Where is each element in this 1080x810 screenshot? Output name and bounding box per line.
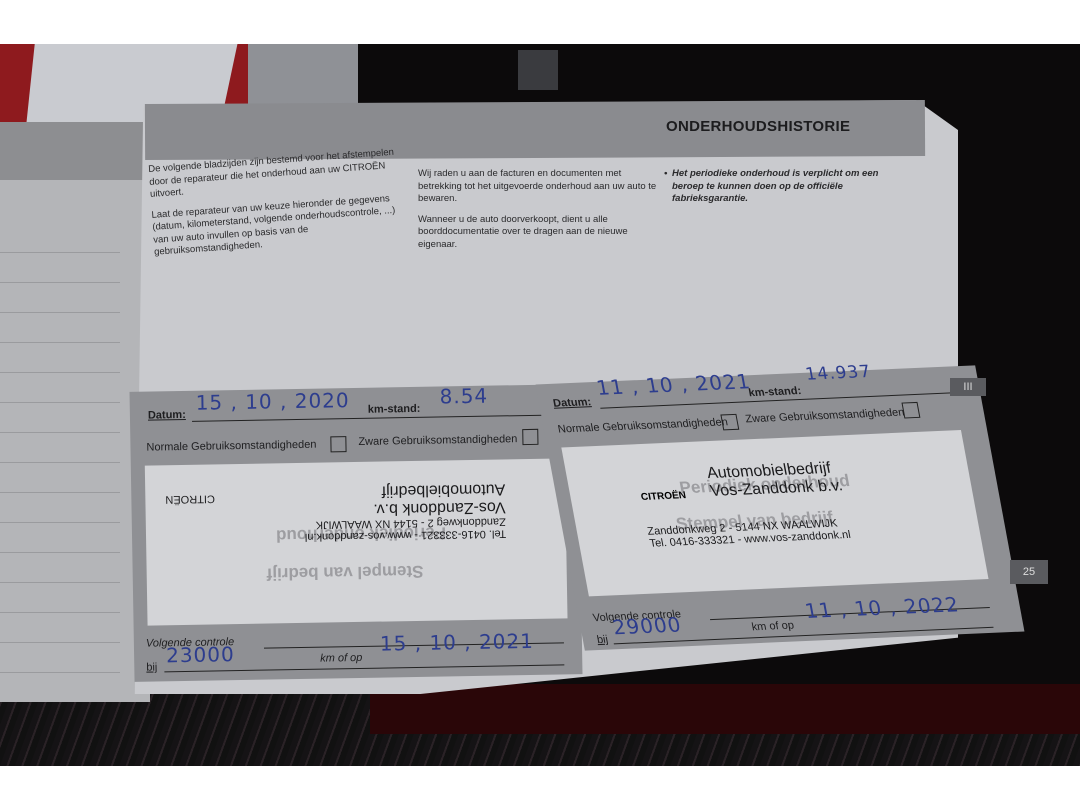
normal-conditions-label: Normale Gebruiksomstandigheden xyxy=(557,416,729,435)
normal-conditions-label: Normale Gebruiksomstandigheden xyxy=(146,439,316,454)
left-page xyxy=(0,122,150,702)
heavy-conditions-checkbox[interactable] xyxy=(522,429,538,445)
warranty-note: Het periodieke onderhoud is verplicht om… xyxy=(672,168,902,206)
next-km: 29000 xyxy=(611,612,684,639)
page-number: 25 xyxy=(1010,560,1048,584)
km-or-on-label: km of op xyxy=(751,620,795,634)
km-or-on-label: km of op xyxy=(320,652,362,665)
normal-conditions-checkbox[interactable] xyxy=(720,414,739,431)
background-cloth xyxy=(370,684,1080,734)
service-entry-2: Datum: 11 , 10 , 2021 km-stand: 14.937 N… xyxy=(536,365,1025,650)
date-label: Datum: xyxy=(148,409,186,422)
date-label: Datum: xyxy=(552,396,592,410)
dealer-stamp: Tel. 0416-333321 - www.vos-zanddonk.nl Z… xyxy=(205,479,506,544)
service-km: 14.937 xyxy=(804,362,873,385)
heavy-conditions-label: Zware Gebruiksomstandigheden xyxy=(744,407,905,426)
photo-scene: ONDERHOUDSHISTORIE De volgende bladzijde… xyxy=(0,44,1080,766)
intro-column-2: Wij raden u aan de facturen en documente… xyxy=(418,168,662,259)
service-km: 8.54 xyxy=(439,384,488,409)
next-date: 11 , 10 , 2022 xyxy=(803,592,961,623)
intro-paragraph: Wanneer u de auto doorverkoopt, dient u … xyxy=(418,214,662,252)
next-date: 15 , 10 , 2021 xyxy=(380,629,534,656)
next-km: 23000 xyxy=(166,642,235,667)
stamp-area: Periodiek onderhoud Stempel van bedrijf … xyxy=(145,458,568,625)
heavy-conditions-label: Zware Gebruiksomstandigheden xyxy=(358,433,517,448)
citroen-logo-icon: CITROËN xyxy=(165,492,215,505)
at-label: bij xyxy=(146,661,157,673)
stamp-area: Periodiek onderhoud Stempel van bedrijf … xyxy=(561,430,988,596)
bullet-icon: • xyxy=(664,168,667,181)
intro-paragraph: Wij raden u aan de facturen en documente… xyxy=(418,168,662,206)
km-label: km-stand: xyxy=(748,385,803,399)
intro-column-3: • Het periodieke onderhoud is verplicht … xyxy=(672,168,902,214)
normal-conditions-checkbox[interactable] xyxy=(330,436,346,452)
service-date: 15 , 10 , 2020 xyxy=(195,388,349,415)
heavy-conditions-checkbox[interactable] xyxy=(901,402,920,419)
intro-paragraph: Laat de reparateur van uw keuze hieronde… xyxy=(151,192,406,259)
page-title: ONDERHOUDSHISTORIE xyxy=(666,118,850,135)
km-label: km-stand: xyxy=(368,403,421,416)
intro-column-1: De volgende bladzijden zijn bestemd voor… xyxy=(148,146,407,267)
citroen-logo-icon: CITROËN xyxy=(640,490,687,503)
at-label: bij xyxy=(596,634,609,646)
service-entry-1: Datum: 15 , 10 , 2020 km-stand: 8.54 Nor… xyxy=(130,384,583,682)
stamp-watermark: Stempel van bedrijf xyxy=(267,561,424,584)
section-tab: III xyxy=(950,378,986,396)
dealer-stamp: Automobielbedrijf Vos-Zanddonk b.v. xyxy=(706,454,972,501)
